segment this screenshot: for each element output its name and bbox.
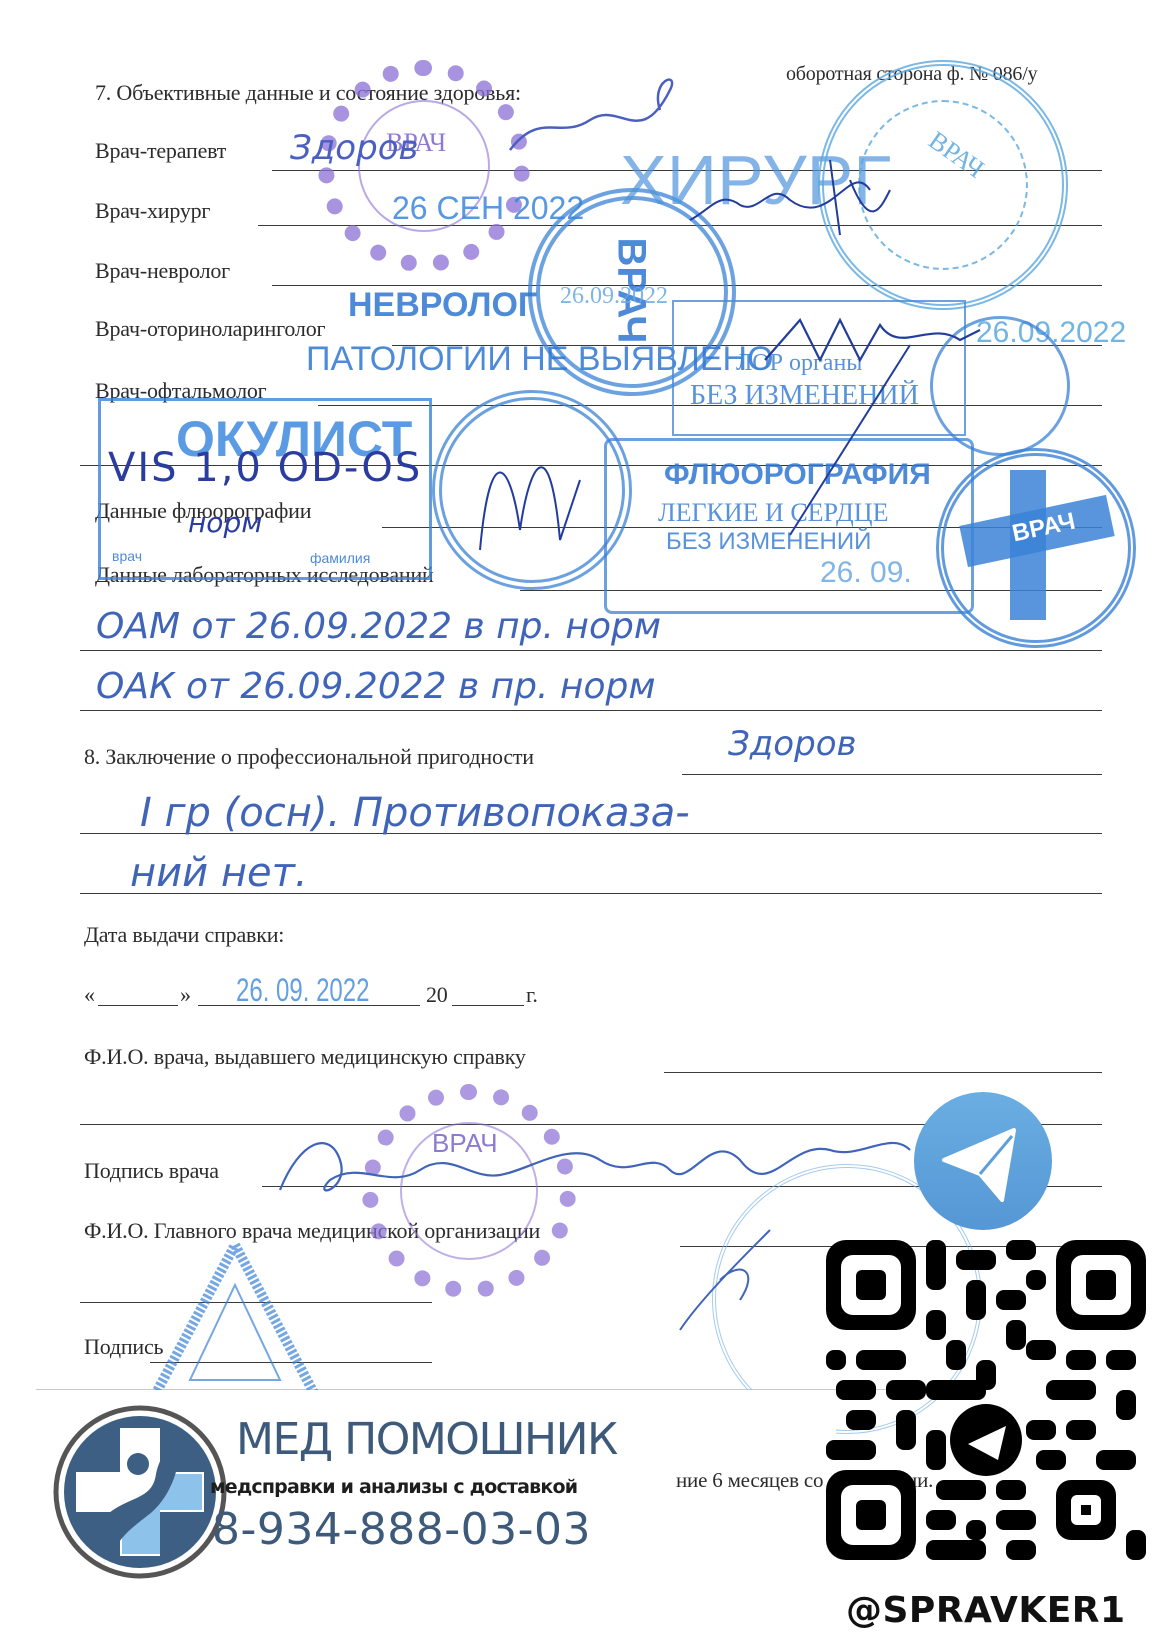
lab-handwriting-1: ОАМ от 26.09.2022 в пр. норм — [96, 606, 661, 647]
oculist-stamp-small-right: фамилия — [310, 550, 370, 566]
chief-signature — [660, 1220, 780, 1340]
brand-name: МЕД ПОМОШНИК — [236, 1414, 617, 1465]
oculist-stamp-small-left: врач — [112, 548, 142, 564]
fluoro-stamp-date: 26. 09. — [820, 556, 912, 590]
issue-date-close-quote: » — [180, 982, 191, 1008]
therapist-handwriting: Здоров — [290, 128, 419, 168]
telegram-icon — [914, 1092, 1052, 1230]
row-neurologist-label: Врач-невролог — [95, 258, 230, 284]
doctor-name-label: Ф.И.О. врача, выдавшего медицинскую спра… — [84, 1044, 526, 1070]
doctor-name-line[interactable] — [664, 1072, 1102, 1073]
issue-year-suffix: г. — [526, 982, 538, 1008]
promo-panel: МЕД ПОМОШНИК медсправки и анализы с дост… — [36, 1390, 836, 1652]
therapist-signature — [500, 70, 700, 170]
lab-handwriting-2: ОАК от 26.09.2022 в пр. норм — [96, 666, 655, 707]
section8-handwriting-0: Здоров — [728, 724, 857, 764]
brand-phone[interactable]: 8-934-888-03-03 — [212, 1504, 591, 1555]
row-therapist-label: Врач-терапевт — [95, 138, 226, 164]
neuro-stamp-line1: НЕВРОЛОГ — [348, 286, 537, 325]
issue-day-line[interactable] — [98, 1005, 178, 1006]
issue-year-line[interactable] — [452, 1005, 524, 1006]
section8-label: 8. Заключение о профессиональной пригодн… — [84, 744, 534, 770]
section8-handwriting-2: ний нет. — [130, 850, 308, 896]
telegram-handle[interactable]: @SPRAVKER1 — [846, 1590, 1126, 1631]
diagonal-pen-stroke — [780, 340, 920, 540]
lab-line-2[interactable] — [80, 710, 1102, 711]
lab-line-1[interactable] — [80, 650, 1102, 651]
ophthalmologist-handwriting: VIS 1,0 OD-OS — [108, 445, 422, 491]
triangle-stamp — [150, 1240, 320, 1400]
section8-handwriting-1: I гр (осн). Противопоказа- — [140, 790, 690, 836]
issue-date-open-quote: « — [84, 982, 95, 1008]
doctor-signature-label: Подпись врача — [84, 1158, 219, 1184]
middle-signature — [470, 420, 590, 560]
telegram-button[interactable] — [914, 1092, 1052, 1230]
doctor-signature — [270, 1120, 930, 1220]
fluorography-handwriting: норм — [188, 506, 262, 539]
issue-year-prefix: 20 — [426, 982, 448, 1008]
surgeon-signature — [680, 150, 900, 240]
row-surgeon-label: Врач-хирург — [95, 198, 210, 224]
brand-tagline: медсправки и анализы с доставкой — [210, 1476, 577, 1498]
qr-code-icon[interactable] — [826, 1240, 1146, 1560]
issue-date-stamped: 26. 09. 2022 — [236, 972, 369, 1009]
issue-date-label: Дата выдачи справки: — [84, 922, 284, 948]
med-helper-logo — [52, 1404, 228, 1580]
section8-line-0[interactable] — [682, 774, 1102, 775]
